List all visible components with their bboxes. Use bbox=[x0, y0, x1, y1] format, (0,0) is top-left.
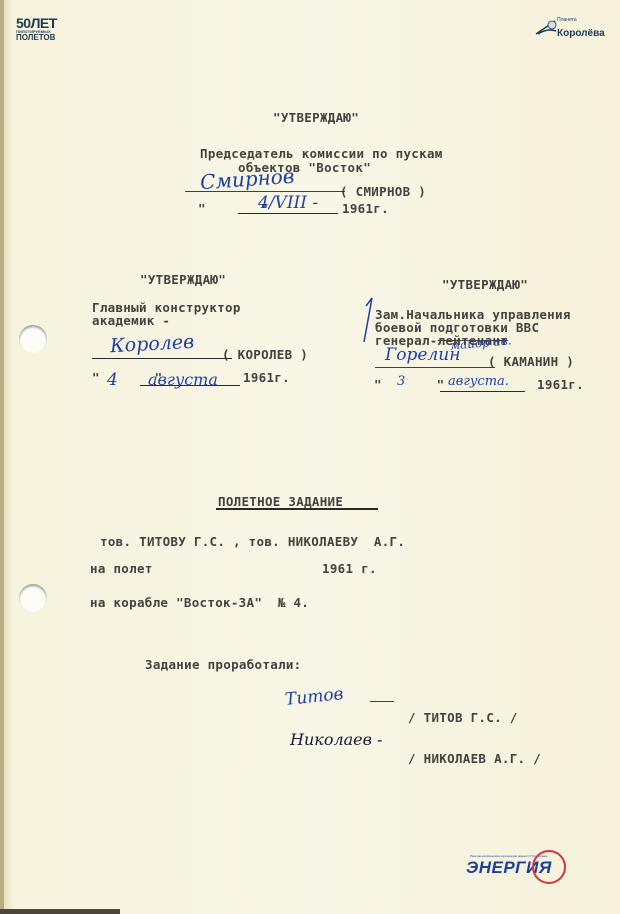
page-edge bbox=[0, 0, 4, 914]
signatory2-name: / НИКОЛАЕВ А.Г. / bbox=[408, 751, 541, 766]
logo-text: Королёва bbox=[557, 28, 605, 39]
logo-text: ПОЛЕТОВ bbox=[16, 34, 57, 42]
ship-line: на корабле "Восток-3А" № 4. bbox=[90, 595, 309, 610]
date-line bbox=[140, 385, 240, 386]
approval-top-position: Председатель комиссии по пускам bbox=[200, 146, 443, 161]
punch-hole bbox=[19, 325, 47, 353]
handwritten-mark bbox=[360, 296, 374, 346]
comet-icon bbox=[535, 19, 557, 35]
document-page: 50ЛЕТ ПИЛОТИРУЕМЫХ ПОЛЕТОВ Планета Корол… bbox=[0, 0, 620, 914]
korolev-planet-logo: Планета Королёва bbox=[535, 17, 605, 41]
nikolaev-signature: Николаев - bbox=[290, 730, 382, 749]
energia-logo: Ракетно-космическая корпорация имени С.П… bbox=[460, 850, 570, 884]
approval-left-position: академик - bbox=[92, 313, 170, 328]
date-line bbox=[440, 391, 525, 392]
logo-text: 50ЛЕТ bbox=[16, 16, 57, 30]
signature-line bbox=[92, 358, 232, 359]
flight-label: на полет bbox=[90, 561, 153, 576]
approval-right-name: ( КАМАНИН ) bbox=[488, 354, 574, 369]
punch-hole bbox=[19, 584, 47, 612]
approval-left-year: 1961г. bbox=[243, 370, 290, 385]
date-quotes: " " bbox=[374, 377, 444, 392]
approval-left-name: ( КОРОЛЕВ ) bbox=[222, 347, 308, 362]
approval-right-year: 1961г. bbox=[537, 377, 584, 392]
date-line bbox=[238, 213, 338, 214]
kamanin-signature: Горелин bbox=[385, 345, 460, 365]
flight-year: 1961 г. bbox=[322, 561, 377, 576]
signature-dash bbox=[370, 701, 394, 702]
approval-top-name: ( СМИРНОВ ) bbox=[340, 184, 426, 199]
orbit-ring-icon bbox=[532, 850, 566, 884]
approval-top-heading: "УТВЕРЖДАЮ" bbox=[273, 110, 359, 125]
korolev-signature: Королев bbox=[109, 331, 194, 357]
approval-left-heading: "УТВЕРЖДАЮ" bbox=[140, 272, 226, 287]
worked-out-label: Задание проработали: bbox=[145, 657, 302, 672]
logo-text: Планета bbox=[557, 17, 605, 23]
date-handwritten: 4/VIII - bbox=[258, 193, 318, 213]
date-day: 4 bbox=[107, 370, 118, 390]
signatory1-name: / ТИТОВ Г.С. / bbox=[408, 710, 518, 725]
signature-line bbox=[185, 191, 345, 192]
date-month: августа bbox=[148, 370, 218, 389]
addressees: тов. ТИТОВУ Г.С. , тов. НИКОЛАЕВУ А.Г. bbox=[100, 534, 405, 549]
date-day: 3 bbox=[397, 374, 405, 389]
document-title: ПОЛЕТНОЕ ЗАДАНИЕ bbox=[218, 494, 343, 509]
scan-shadow bbox=[0, 909, 120, 914]
anniversary-logo: 50ЛЕТ ПИЛОТИРУЕМЫХ ПОЛЕТОВ bbox=[16, 16, 57, 42]
title-underline bbox=[216, 508, 378, 510]
date-month: августа. bbox=[448, 374, 509, 389]
titov-signature: Титов bbox=[284, 684, 344, 710]
signature-line bbox=[375, 367, 495, 368]
smirnov-signature: Смирнов bbox=[199, 164, 295, 195]
approval-right-heading: "УТВЕРЖДАЮ" bbox=[442, 277, 528, 292]
approval-top-year: 1961г. bbox=[342, 201, 389, 216]
